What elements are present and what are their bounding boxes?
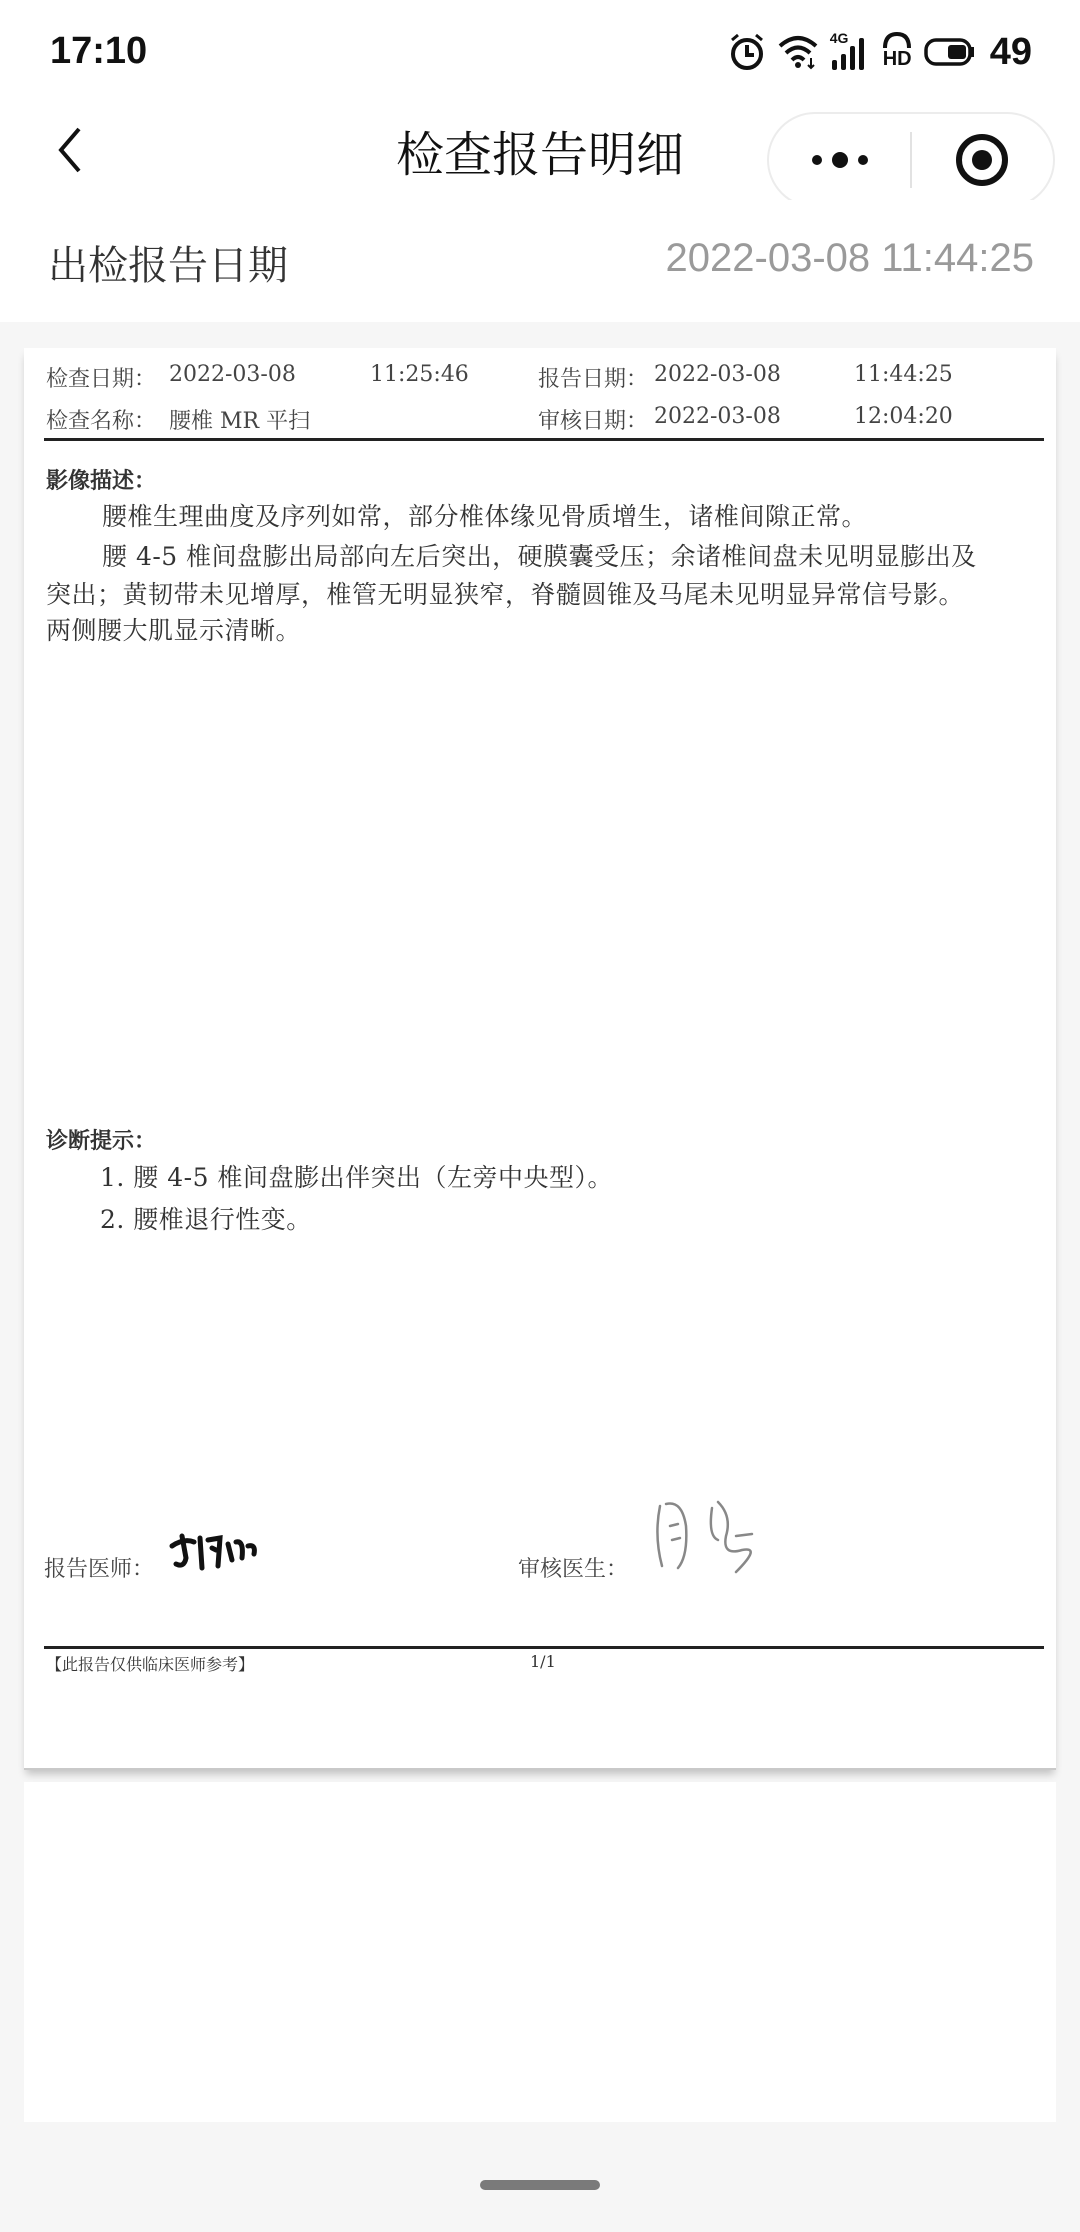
status-bar: 17:10 4G HD 49 [0, 0, 1080, 100]
report-doctor-signature [166, 1518, 266, 1582]
exam-name: 腰椎 MR 平扫 [169, 404, 310, 435]
battery-icon [924, 37, 976, 67]
diagnosis-item-1: 1. 腰 4-5 椎间盘膨出伴突出（左旁中央型）。 [100, 1158, 613, 1194]
signal-4g-icon: 4G [830, 32, 870, 72]
report-doctor-label: 报告医师： [44, 1552, 154, 1583]
more-button[interactable] [769, 114, 910, 206]
report-date-value: 2022-03-08 11:44:25 [666, 236, 1034, 281]
imaging-para2-line3: 两侧腰大肌显示清晰。 [46, 616, 301, 645]
header-rule [44, 438, 1044, 441]
more-dots-icon [809, 150, 871, 170]
diagnosis-item-2: 2. 腰椎退行性变。 [100, 1200, 312, 1236]
report-date-doc: 2022-03-08 [654, 362, 781, 387]
home-indicator[interactable] [480, 2180, 600, 2190]
alarm-icon [728, 32, 766, 72]
report-date-row: 出检报告日期 2022-03-08 11:44:25 [0, 200, 1080, 322]
report-time-doc: 11:44:25 [854, 362, 953, 387]
hd-call-icon: HD [882, 32, 912, 72]
target-close-icon [954, 132, 1010, 188]
report-date-label: 出检报告日期 [48, 234, 288, 291]
imaging-para2-line1: 腰 4-5 椎间盘膨出局部向左后突出，硬膜囊受压；余诸椎间盘未见明显膨出及 [46, 538, 977, 576]
hd-label: HD [883, 48, 912, 70]
exam-date: 2022-03-08 [169, 362, 296, 387]
report-document-page-2 [24, 1782, 1056, 2122]
wifi-icon [778, 34, 818, 70]
imaging-paragraph-2-line2: 突出；黄韧带未见增厚，椎管无明显狭窄，脊髓圆锥及马尾未见明显异常信号影。 [46, 576, 1046, 614]
exam-date-label: 检查日期： [46, 362, 156, 393]
imaging-paragraph-1: 腰椎生理曲度及序列如常，部分椎体缘见骨质增生，诸椎间隙正常。 [46, 498, 1046, 536]
review-doctor-label: 审核医生： [518, 1552, 628, 1583]
report-document-page: 检查日期： 2022-03-08 11:25:46 报告日期： 2022-03-… [24, 348, 1056, 1770]
imaging-para2-line2: 突出；黄韧带未见增厚，椎管无明显狭窄，脊髓圆锥及马尾未见明显异常信号影。 [46, 580, 964, 609]
miniprogram-capsule [767, 112, 1055, 208]
disclaimer-note: 【此报告仅供临床医师参考】 [46, 1652, 254, 1675]
exam-name-label: 检查名称： [46, 404, 156, 435]
imaging-paragraph-2-line3: 两侧腰大肌显示清晰。 [46, 612, 1046, 650]
footer-rule [44, 1646, 1044, 1649]
status-time: 17:10 [50, 30, 147, 73]
status-icons: 4G HD 49 [728, 30, 1032, 74]
report-date-doc-label: 报告日期： [538, 362, 648, 393]
exam-time: 11:25:46 [370, 362, 469, 387]
page-number: 1/1 [530, 1652, 556, 1671]
close-miniprogram-button[interactable] [912, 114, 1053, 206]
review-date: 2022-03-08 [654, 404, 781, 429]
review-date-label: 审核日期： [538, 404, 648, 435]
nav-bar: 检查报告明细 [0, 100, 1080, 200]
imaging-section-title: 影像描述： [46, 464, 156, 495]
imaging-paragraph-2: 腰 4-5 椎间盘膨出局部向左后突出，硬膜囊受压；余诸椎间盘未见明显膨出及 [46, 538, 1046, 576]
review-doctor-signature [652, 1496, 782, 1580]
diagnosis-section-title: 诊断提示： [46, 1124, 156, 1155]
battery-level: 49 [990, 31, 1032, 74]
imaging-para1-text: 腰椎生理曲度及序列如常，部分椎体缘见骨质增生，诸椎间隙正常。 [46, 498, 867, 536]
review-time: 12:04:20 [854, 404, 953, 429]
